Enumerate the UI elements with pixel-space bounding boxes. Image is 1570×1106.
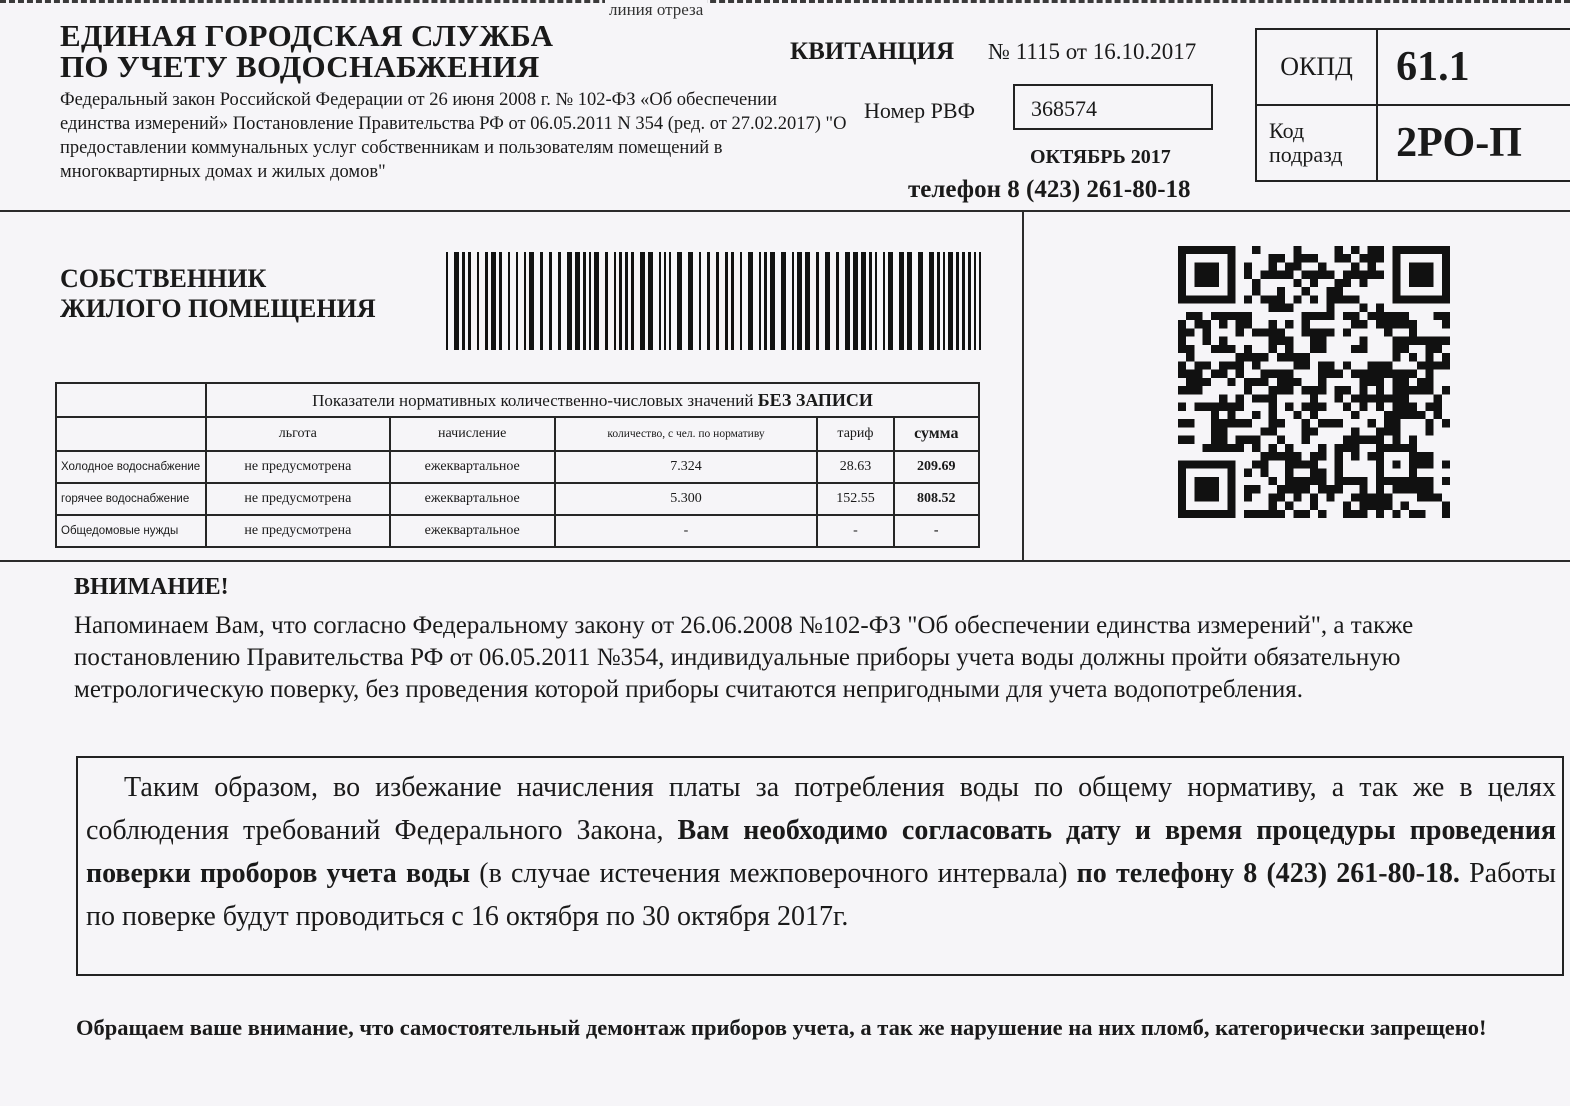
row-tariff: 28.63 (817, 451, 893, 483)
row-service: Общедомовые нужды (56, 515, 206, 547)
rates-corner (56, 383, 206, 417)
barcode-icon (446, 252, 986, 350)
row-sum: 209.69 (894, 451, 979, 483)
dept-label: Код подразд (1256, 105, 1377, 181)
rates-title: Показатели нормативных количественно-чис… (206, 383, 979, 417)
okpd-label: ОКПД (1256, 29, 1377, 105)
owner-label-line1: СОБСТВЕННИК (60, 264, 376, 294)
rates-header-row: льгота начисление количество, с чел. по … (56, 417, 979, 451)
receipt-title: КВИТАНЦИЯ (790, 38, 954, 66)
row-quantity: 5.300 (555, 483, 818, 515)
attention-heading: ВНИМАНИЕ! (74, 574, 229, 601)
row-sum: - (894, 515, 979, 547)
col-header-quantity: количество, с чел. по нормативу (555, 417, 818, 451)
receipt-number: № 1115 от 16.10.2017 (988, 39, 1196, 65)
col-header-tariff: тариф (817, 417, 893, 451)
rvf-label: Номер РВФ (864, 98, 975, 124)
attention-text: Напоминаем Вам, что согласно Федеральном… (74, 610, 1554, 706)
cut-line-label: линия отреза (605, 0, 707, 20)
okpd-row: ОКПД 61.1 (1256, 29, 1570, 105)
row-tariff: 152.55 (817, 483, 893, 515)
rates-title-row: Показатели нормативных количественно-чис… (56, 383, 979, 417)
notice-phone: по телефону 8 (423) 261-80-18. (1077, 858, 1460, 889)
dept-label-line2: подразд (1269, 143, 1372, 167)
rates-table: Показатели нормативных количественно-чис… (55, 382, 980, 548)
row-service: горячее водоснабжение (56, 483, 206, 515)
col-header-sum: сумма (894, 417, 979, 451)
cut-line (0, 0, 1570, 3)
row-tariff: - (817, 515, 893, 547)
row-benefit: не предусмотрена (206, 515, 390, 547)
final-warning: Обращаем ваше внимание, что самостоятель… (76, 1012, 1556, 1044)
owner-label: СОБСТВЕННИК ЖИЛОГО ПОМЕЩЕНИЯ (60, 264, 376, 324)
table-row: Общедомовые нужды не предусмотрена ежекв… (56, 515, 979, 547)
col-header-accrual: начисление (390, 417, 555, 451)
row-accrual: ежеквартальное (390, 515, 555, 547)
org-title-line1: ЕДИНАЯ ГОРОДСКАЯ СЛУЖБА (60, 20, 553, 51)
row-accrual: ежеквартальное (390, 483, 555, 515)
col-header-service (56, 417, 206, 451)
notice-text-2: (в случае истечения межповерочного интер… (470, 858, 1077, 889)
table-row: горячее водоснабжение не предусмотрена е… (56, 483, 979, 515)
rates-title-bold: БЕЗ ЗАПИСИ (758, 390, 873, 410)
contact-phone: телефон 8 (423) 261-80-18 (908, 176, 1191, 204)
dept-label-line1: Код (1269, 119, 1372, 143)
divider-bottom (0, 560, 1570, 562)
row-benefit: не предусмотрена (206, 483, 390, 515)
law-reference: Федеральный закон Российской Федерации о… (60, 88, 850, 184)
col-header-benefit: льгота (206, 417, 390, 451)
dept-value: 2РО-П (1377, 105, 1570, 181)
row-quantity: 7.324 (555, 451, 818, 483)
row-accrual: ежеквартальное (390, 451, 555, 483)
org-title-line2: ПО УЧЕТУ ВОДОСНАБЖЕНИЯ (60, 51, 553, 82)
table-row: Холодное водоснабжение не предусмотрена … (56, 451, 979, 483)
billing-period: ОКТЯБРЬ 2017 (1030, 146, 1171, 169)
row-benefit: не предусмотрена (206, 451, 390, 483)
row-quantity: - (555, 515, 818, 547)
dept-row: Код подразд 2РО-П (1256, 105, 1570, 181)
okpd-value: 61.1 (1377, 29, 1570, 105)
rvf-value: 368574 (1013, 84, 1213, 130)
row-service: Холодное водоснабжение (56, 451, 206, 483)
organization-title: ЕДИНАЯ ГОРОДСКАЯ СЛУЖБА ПО УЧЕТУ ВОДОСНА… (60, 20, 553, 82)
qr-code-icon (1178, 246, 1450, 518)
divider-vertical (1022, 212, 1024, 562)
rates-title-text: Показатели нормативных количественно-чис… (312, 391, 753, 410)
codes-table: ОКПД 61.1 Код подразд 2РО-П (1255, 28, 1570, 182)
notice-box: Таким образом, во избежание начисления п… (76, 756, 1564, 976)
row-sum: 808.52 (894, 483, 979, 515)
divider-top (0, 210, 1570, 212)
owner-label-line2: ЖИЛОГО ПОМЕЩЕНИЯ (60, 294, 376, 324)
